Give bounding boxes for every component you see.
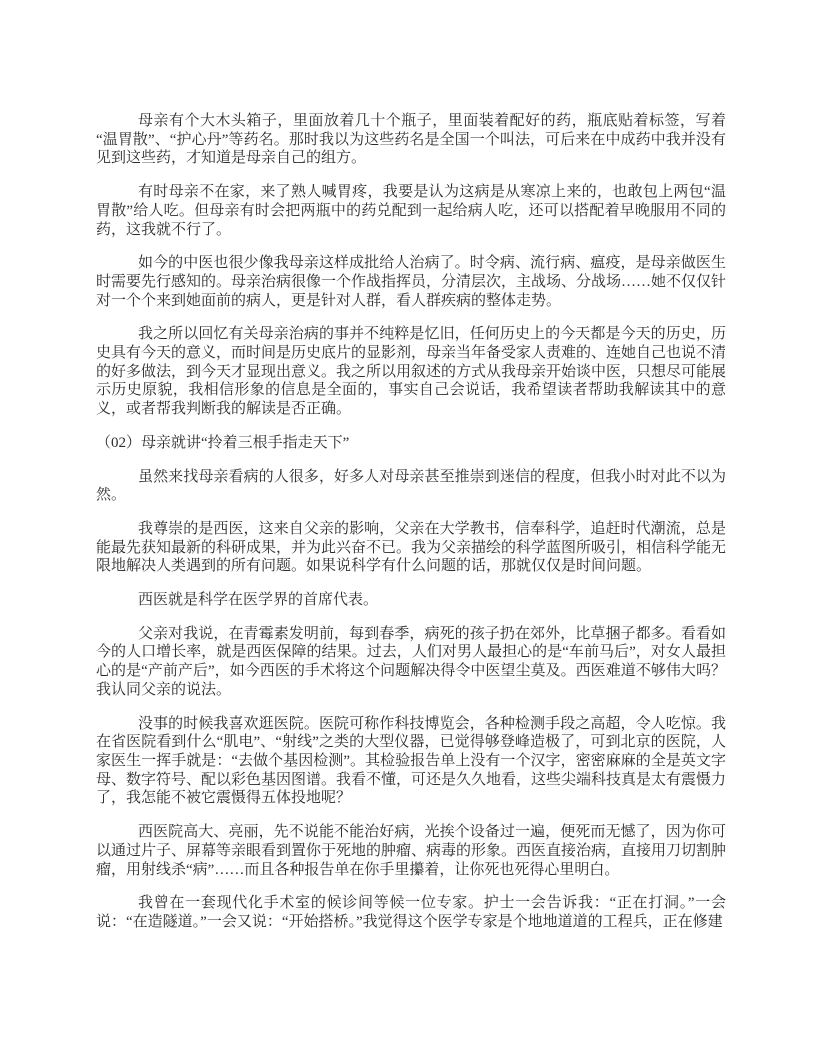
paragraph-4: 我之所以回忆有关母亲治病的事并不纯粹是忆旧，任何历史上的今天都是今天的历史，历史… [96, 325, 726, 419]
document-page: 母亲有个大木头箱子，里面放着几十个瓶子，里面装着配好的药，瓶底贴着标签，写着“温… [0, 0, 816, 1056]
paragraph-1: 母亲有个大木头箱子，里面放着几十个瓶子，里面装着配好的药，瓶底贴着标签，写着“温… [96, 112, 726, 168]
paragraph-3: 如今的中医也很少像我母亲这样成批给人治病了。时令病、流行病、瘟疫，是母亲做医生时… [96, 254, 726, 310]
paragraph-2: 有时母亲不在家，来了熟人喊胃疼，我要是认为这病是从寒凉上来的，也敢包上两包“温胃… [96, 183, 726, 239]
paragraph-11: 西医院高大、亮丽，先不说能不能治好病，光挨个设备过一遍，便死而无憾了，因为你可以… [96, 823, 726, 879]
paragraph-10: 没事的时候我喜欢逛医院。医院可称作科技博览会，各种检测手段之高超，令人吃惊。我在… [96, 715, 726, 809]
paragraph-9: 父亲对我说，在青霉素发明前，每到春季，病死的孩子扔在郊外，比草捆子都多。看看如今… [96, 625, 726, 700]
paragraph-6: 虽然来找母亲看病的人很多，好多人对母亲甚至推崇到迷信的程度，但我小时对此不以为然… [96, 468, 726, 505]
paragraph-7: 我尊崇的是西医，这来自父亲的影响，父亲在大学教书，信奉科学，追赶时代潮流，总是能… [96, 520, 726, 576]
document-body: 母亲有个大木头箱子，里面放着几十个瓶子，里面装着配好的药，瓶底贴着标签，写着“温… [96, 112, 726, 947]
section-heading: （02）母亲就讲“拎着三根手指走天下” [96, 434, 726, 453]
paragraph-12: 我曾在一套现代化手术室的候诊间等候一位专家。护士一会告诉我：“正在打洞。”一会说… [96, 894, 726, 931]
paragraph-8: 西医就是科学在医学界的首席代表。 [96, 591, 726, 610]
